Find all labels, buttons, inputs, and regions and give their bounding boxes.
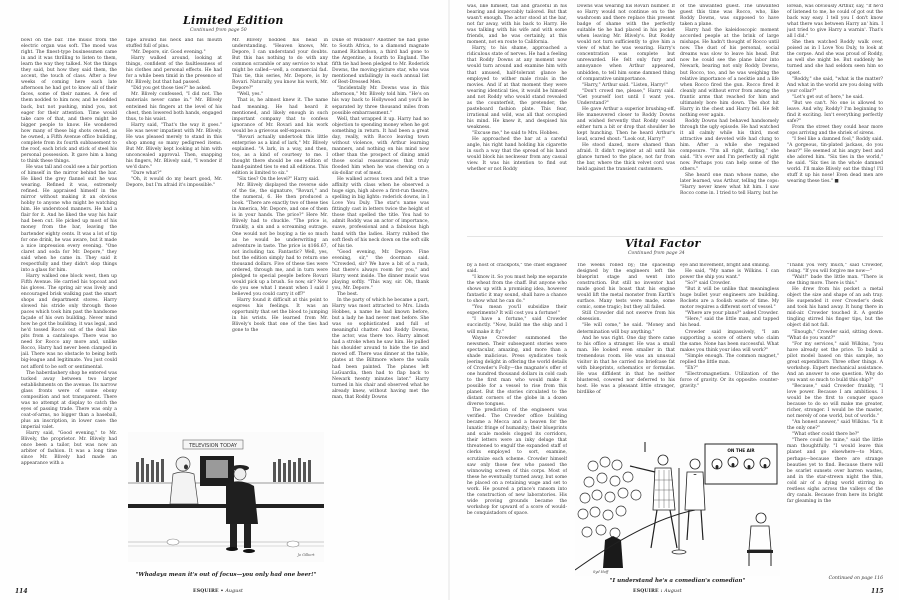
paragraph: Harry had the kaleidoscopic moment accor… (680, 28, 779, 119)
cartoon-television-bar: TELEVISION TODAY (128, 432, 324, 562)
paragraph: "Roddy," she said, "what is the matter? … (787, 77, 883, 95)
paragraph: The prediction of the engineers was veri… (467, 408, 567, 517)
right-upper-column-3: of the unwanted guest. The unwanted gues… (680, 4, 779, 230)
continued-from-note-vital-factor: Continued from page 34 (628, 251, 685, 256)
paragraph: Wayne Crowder summoned the newsmen. Thei… (467, 336, 567, 409)
svg-text:Jo Gilbert: Jo Gilbert (296, 553, 315, 557)
magazine-spread: Limited Edition Continued from page 50 b… (0, 0, 899, 600)
right-upper-column-1: was, like himself, tall and graceful in … (467, 4, 567, 230)
paragraph: "But we can't. No one is allowed to leav… (787, 101, 883, 125)
right-lower-column-3: eye and movement, bright and smiling.He … (680, 263, 779, 396)
paragraph: Downs was wearing his Rovari number. If … (577, 4, 675, 83)
paragraph: "Simple enough. The common magnet," repl… (680, 354, 779, 366)
paragraph: "Oh, it would do my heart good, Mr. Depo… (126, 177, 222, 189)
footer-magazine-name: ESQUIRE (193, 589, 219, 594)
footer-separator: : (661, 589, 663, 594)
paragraph: "I know it. So you must help me separate… (467, 275, 567, 305)
paragraph: She heard one man whose name, she later … (680, 173, 779, 197)
right-upper-column-2: Downs was wearing his Rovari number. If … (577, 4, 675, 230)
paragraph: He stood dazed, more shamed than afraid.… (577, 143, 675, 173)
paragraph: "I have a fortune," said Crowder succinc… (467, 317, 567, 335)
paragraph: Harry, to his shame, approached a ridicu… (467, 46, 567, 131)
paragraph: "Electromagnetism. Utilization of the fo… (680, 372, 779, 390)
paragraph: Mr. Blively displayed the reverse side o… (232, 183, 328, 298)
paragraph: "There could be mine," said the little m… (787, 438, 883, 505)
right-lower-column-4: "Thank you very much," said Crowder, ris… (787, 263, 883, 573)
paragraph: "You mean you'll subsidize their experim… (467, 305, 567, 317)
paragraph: "Thank you very much," said Crowder, ris… (787, 263, 883, 275)
left-page: Limited Edition Continued from page 50 b… (0, 0, 449, 600)
paragraph: Roddy Downs had behaved handsomely throu… (680, 119, 779, 173)
paragraph: "For my services," said Wilkins, "you ha… (787, 342, 883, 384)
paragraph: She then watched Roddy walk over, poised… (787, 40, 883, 76)
paragraph: He approached the bar at a careful angle… (467, 137, 567, 173)
paragraph: And he was right. One day there came to … (577, 336, 675, 396)
footer-right: ESQUIRE : August (633, 589, 682, 594)
paragraph: Harry said, "Good evening," to Mr. Blive… (21, 431, 117, 467)
paragraph: In the party of which he became a part, … (332, 298, 429, 401)
paragraph: "I feel like a damned fool," Roddy said.… (787, 137, 883, 185)
paragraph: "Enough," Crowder said, sitting down. "W… (787, 330, 883, 342)
paragraph: "Rovari actually undertook this little e… (232, 135, 328, 177)
paragraph: by a host of crackpots," the chief engin… (467, 263, 567, 275)
paragraph: tape around his neck and his mouth stuff… (126, 38, 222, 50)
paragraph: bowl on the bar. The music from the elec… (21, 38, 117, 165)
paragraph: He said, "My name is Wilkins. I can powe… (680, 269, 779, 281)
paragraph: "An honest answer," said Wilkins. "Is it… (787, 420, 883, 432)
paragraph: Harry found it difficult at this point t… (232, 298, 328, 334)
paragraph: "Good evening, Mr. Depore. Fine evening,… (332, 250, 429, 292)
right-upper-column-4: lorean, was obviously Arthur, say, "If h… (787, 4, 883, 230)
footer-separator: • (221, 589, 224, 594)
right-lower-column-2: The weeks rolled by; the spaceship desig… (577, 263, 675, 396)
paragraph: "But it will be unlike that meaningless … (680, 287, 779, 311)
svg-text:Syd Hoff: Syd Hoff (593, 570, 609, 574)
bar-scene-illustration: TELEVISION TODAY (128, 432, 324, 562)
paragraph: "Because," said Crowder frankly, "I love… (787, 384, 883, 420)
footer-left: ESQUIRE • August (193, 589, 243, 594)
left-column-1: bowl on the bar. The music from the elec… (21, 38, 117, 530)
paragraph: "Don't crowd me, please," Harry said. "G… (577, 89, 675, 107)
left-column-3: Mr. Blively nodded his head in understan… (232, 38, 328, 423)
cartoon-on-the-air: ON THE AIR (575, 440, 780, 576)
paragraph: From the street they could hear more cop… (787, 125, 883, 137)
paragraph: Still Crowder did not swerve from his ob… (577, 311, 675, 323)
paragraph: of the unwanted guest. The unwanted gues… (680, 4, 779, 28)
paragraph: He walked across town and felt a true af… (332, 177, 429, 250)
footer-month: August (225, 589, 243, 594)
paragraph: lorean, was obviously Arthur, say, "If h… (787, 4, 883, 40)
paragraph: The weeks rolled by; the spaceship desig… (577, 263, 675, 311)
continued-on-note: Continued on page 116 (787, 576, 883, 581)
paragraph: "Wait!" bade the little man. "There is o… (787, 275, 883, 287)
studio-audience-illustration: ON THE AIR (575, 440, 780, 576)
paragraph: "Here," said the little man, and tapped … (680, 317, 779, 329)
left-column-2: tape around his neck and his mouth stuff… (126, 38, 222, 423)
paragraph: "Harry," Arthur said. "Listen, Harry!" (577, 83, 675, 89)
footer-month: August (664, 589, 682, 594)
cartoon-caption-comedian: "I understand he's a comedian's comedian… (575, 578, 780, 584)
cartoon-caption-television: "Whadaya mean it's out of focus—you only… (128, 572, 324, 578)
svg-text:ON THE AIR: ON THE AIR (727, 448, 755, 453)
paragraph: He was tall and could see a fair portion… (21, 165, 117, 274)
paragraph: Harry walked one block west, then up Fif… (21, 274, 117, 371)
paragraph: Harry walked around, looking at things, … (126, 56, 222, 86)
right-page: was, like himself, tall and graceful in … (450, 0, 899, 600)
svg-text:TELEVISION TODAY: TELEVISION TODAY (188, 443, 238, 449)
paragraph: Mr. Blively nodded his head in understan… (232, 38, 328, 92)
paragraph: Duke of Windsor? Another tie had gone to… (332, 38, 429, 86)
paragraph: The haberdashery shop he entered was tuc… (21, 371, 117, 431)
right-lower-column-1: by a host of crackpots," the chief engin… (467, 263, 567, 583)
story-title-vital-factor: Vital Factor (625, 237, 701, 250)
footer-magazine-name: ESQUIRE (633, 589, 659, 594)
page-number-right: 115 (871, 588, 884, 595)
paragraph: "Incidentally Mr. Downs was in this afte… (332, 86, 429, 116)
paragraph: was, like himself, tall and graceful in … (467, 4, 567, 46)
paragraph: That is, he almost knew it. The name had… (232, 98, 328, 134)
paragraph: Mr. Blively confessed, "I did not. The m… (126, 92, 222, 122)
paragraph: "He will come," he said. "Money and dete… (577, 323, 675, 335)
paragraph: Harry said, "That's the way it goes." He… (126, 123, 222, 171)
page-number-left: 114 (15, 588, 28, 595)
story-title-limited-edition: Limited Edition (183, 14, 284, 27)
continued-from-note: Continued from page 50 (190, 28, 247, 33)
paragraph: Crowder said impassively, "I am supporti… (680, 330, 779, 354)
paragraph: Well, that wrapped it up. Harry had no o… (332, 117, 429, 177)
paragraph: He gave Arthur a superior brushing-off. … (577, 107, 675, 143)
left-column-4: Duke of Windsor? Another tie had gone to… (332, 38, 429, 570)
paragraph: He drew from his pocket a metal object t… (787, 287, 883, 329)
